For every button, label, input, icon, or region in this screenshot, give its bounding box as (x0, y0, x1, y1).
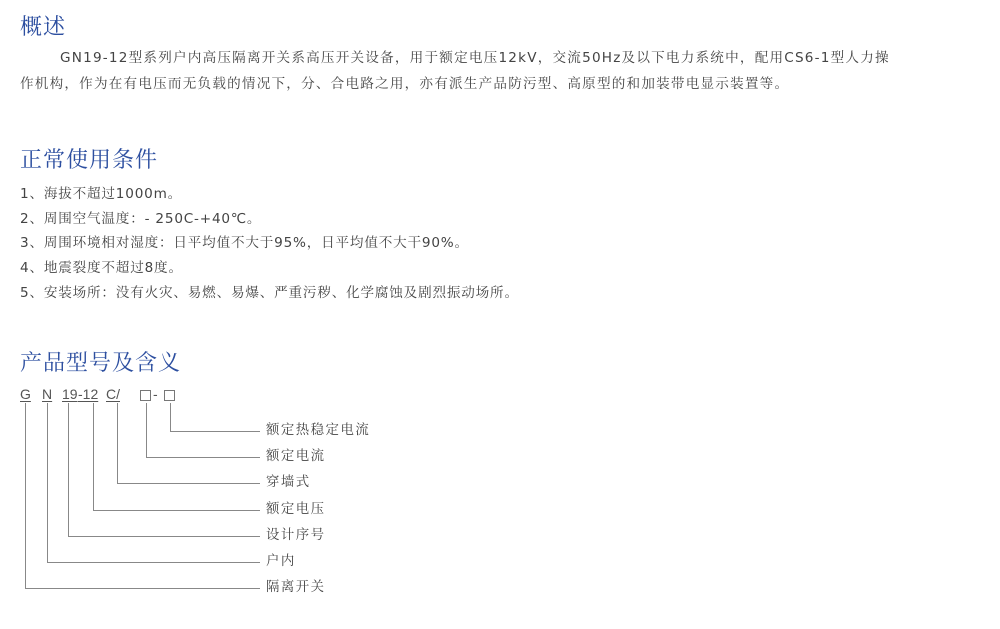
overview-line-1: GN19-12型系列户内高压隔离开关系高压开关设备，用于额定电压12kV，交流5… (60, 50, 890, 66)
section-title-model: 产品型号及含义 (20, 346, 181, 377)
label-indoor: 户内 (266, 554, 296, 570)
code-part-voltage: -12 (78, 386, 98, 402)
leader-vertical-design (68, 403, 69, 536)
leader-vertical-indoor (47, 403, 48, 562)
code-dash: - (153, 386, 158, 402)
label-rated-thermal-current: 额定热稳定电流 (266, 423, 370, 439)
code-part-n: N (42, 386, 52, 402)
leader-horizontal-indoor (47, 562, 260, 563)
label-rated-current: 额定电流 (266, 449, 326, 465)
overview-paragraph: GN19-12型系列户内高压隔离开关系高压开关设备，用于额定电压12kV，交流5… (20, 45, 970, 97)
leader-vertical-thermal (170, 403, 171, 431)
conditions-list: 1、海拔不超过1000m。 2、周围空气温度：- 250C-+40℃。 3、周围… (20, 182, 519, 306)
overview-line-2: 作机构，作为在有电压而无负载的情况下，分、合电路之用，亦有派生产品防污型、高原型… (20, 76, 789, 92)
label-wall-type: 穿墙式 (266, 475, 311, 491)
condition-item-temperature: 2、周围空气温度：- 250C-+40℃。 (20, 207, 519, 232)
label-rated-voltage: 额定电压 (266, 502, 326, 518)
leader-horizontal-wall (117, 483, 260, 484)
condition-item-location: 5、安装场所：没有火灾、易燃、易爆、严重污秽、化学腐蚀及剧烈振动场所。 (20, 281, 519, 306)
code-placeholder-current-box (140, 390, 151, 401)
code-part-g: G (20, 386, 31, 402)
model-code-diagram: G N 19 -12 C/ - 额定热稳定电流 额定电流 穿墙式 额定电压 设计… (0, 380, 420, 620)
leader-horizontal-current (146, 457, 260, 458)
leader-vertical-current (146, 403, 147, 457)
leader-horizontal-thermal (170, 431, 260, 432)
code-placeholder-thermal-box (164, 390, 175, 401)
label-disconnector: 隔离开关 (266, 580, 326, 596)
code-part-design-no: 19 (62, 386, 78, 402)
section-title-overview: 概述 (20, 10, 66, 41)
condition-item-humidity: 3、周围环境相对湿度：日平均值不大于95%，日平均值不大干90%。 (20, 231, 519, 256)
leader-horizontal-disconnector (25, 588, 260, 589)
leader-horizontal-design (68, 536, 260, 537)
label-design-number: 设计序号 (266, 528, 326, 544)
leader-vertical-wall (117, 403, 118, 483)
leader-vertical-voltage (93, 403, 94, 510)
leader-horizontal-voltage (93, 510, 260, 511)
leader-vertical-disconnector (25, 403, 26, 588)
code-part-wall: C/ (106, 386, 120, 402)
condition-item-altitude: 1、海拔不超过1000m。 (20, 182, 519, 207)
section-title-conditions: 正常使用条件 (20, 143, 158, 174)
condition-item-seismic: 4、地震裂度不超过8度。 (20, 256, 519, 281)
